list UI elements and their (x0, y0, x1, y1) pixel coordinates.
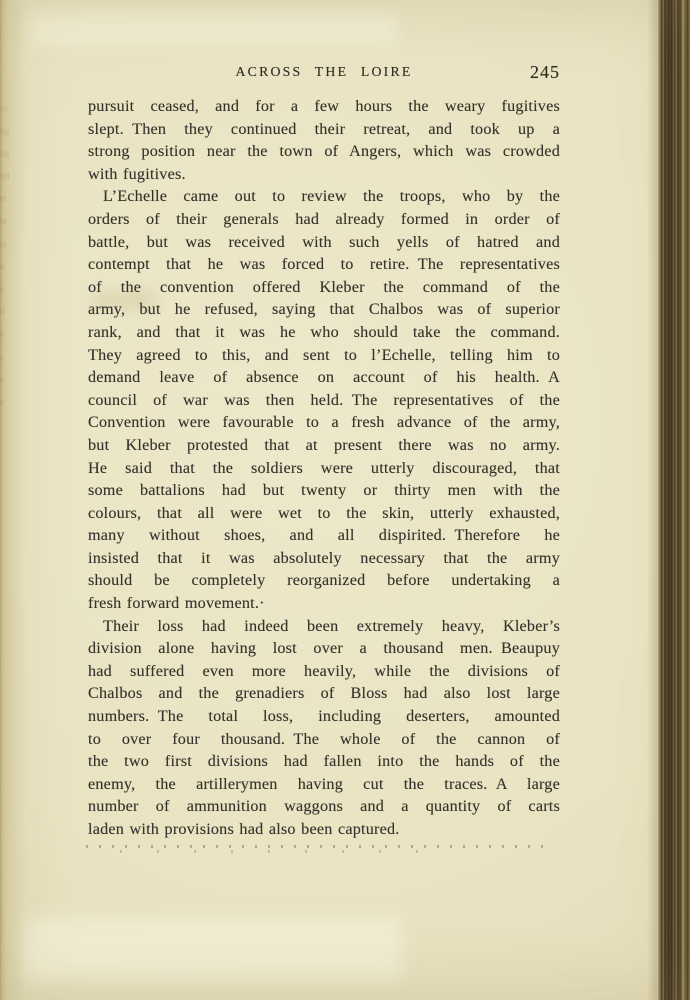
text-line: number of ammunition waggons and a quant… (88, 795, 560, 818)
text-line: rank, and that it was he who should take… (88, 321, 560, 344)
text-line: battle, but was received with such yells… (88, 231, 560, 254)
gutter-fragment: te (0, 217, 6, 227)
text-line: of the convention offered Kleber the com… (88, 276, 560, 299)
text-line: with fugitives. (88, 163, 560, 186)
text-line: army, but he refused, saying that Chalbo… (88, 298, 560, 321)
gutter-fragment: d (0, 307, 4, 317)
text-line: but Kleber protested that at present the… (88, 434, 560, 457)
gutter-text-fragments: cangngnderteeraederse (0, 0, 10, 1000)
page-number: 245 (530, 60, 560, 84)
text-line: some battalions had but twenty or thirty… (88, 479, 560, 502)
scan-light-streak-bottom (22, 918, 402, 980)
text-line: Their loss had indeed been extremely hea… (88, 615, 560, 638)
text-line: laden with provisions had also been capt… (88, 818, 560, 841)
text-line: division alone having lost over a thousa… (88, 637, 560, 660)
text-line: slept. Then they continued their retreat… (88, 118, 560, 141)
text-line: demand leave of absence on account of hi… (88, 366, 560, 389)
book-scan-canvas: { "page": { "header": { "title": "ACROSS… (0, 0, 690, 1000)
gutter-fragment: e (0, 330, 4, 340)
running-title: ACROSS THE LOIRE (236, 64, 413, 79)
text-line: numbers. The total loss, including deser… (88, 705, 560, 728)
text-line: had suffered even more heavily, while th… (88, 660, 560, 683)
text-line: Chalbos and the grenadiers of Bloss had … (88, 682, 560, 705)
text-line: He said that the soldiers were utterly d… (88, 457, 560, 480)
gutter-fragment: s (0, 375, 3, 385)
text-line: contempt that he was forced to retire. T… (88, 253, 560, 276)
text-line: many without shoes, and all dispirited. … (88, 524, 560, 547)
body-text: pursuit ceased, and for a few hours the … (88, 95, 560, 841)
text-line: Convention were favourable to a fresh ad… (88, 411, 560, 434)
text-line: insisted that it was absolutely necessar… (88, 547, 560, 570)
show-through-marks (86, 845, 544, 848)
gutter-fragment: nd (0, 172, 9, 182)
gutter-fragment: e (0, 285, 4, 295)
show-through-marks-2 (120, 850, 450, 853)
text-line: strong position near the town of Angers,… (88, 140, 560, 163)
text-line: enemy, the artillerymen having cut the t… (88, 773, 560, 796)
text-line: orders of their generals had already for… (88, 208, 560, 231)
gutter-fragment: er (0, 240, 7, 250)
gutter-fragment: ng (0, 149, 9, 159)
page-header: ACROSS THE LOIRE 245 (88, 60, 560, 84)
gutter-fragment: r (0, 353, 3, 363)
fore-edge-pages (657, 0, 690, 1000)
book-page: ACROSS THE LOIRE 245 pursuit ceased, and… (0, 0, 690, 1000)
text-line: should be completely reorganized before … (88, 569, 560, 592)
text-line: the two first divisions had fallen into … (88, 750, 560, 773)
text-line: council of war was then held. The repres… (88, 389, 560, 412)
text-line: They agreed to this, and sent to l’Echel… (88, 344, 560, 367)
text-line: fresh forward movement.· (88, 592, 560, 615)
text-line: to over four thousand. The whole of the … (88, 728, 560, 751)
gutter-fragment: e (0, 398, 4, 408)
gutter-fragment: a (0, 262, 4, 272)
scan-light-streak-top (28, 12, 398, 46)
gutter-fragment: er (0, 194, 7, 204)
gutter-fragment: ng (0, 127, 9, 137)
text-line: pursuit ceased, and for a few hours the … (88, 95, 560, 118)
gutter-fragment: ca (0, 104, 8, 114)
text-line: colours, that all were wet to the skin, … (88, 502, 560, 525)
text-line: L’Echelle came out to review the troops,… (88, 185, 560, 208)
